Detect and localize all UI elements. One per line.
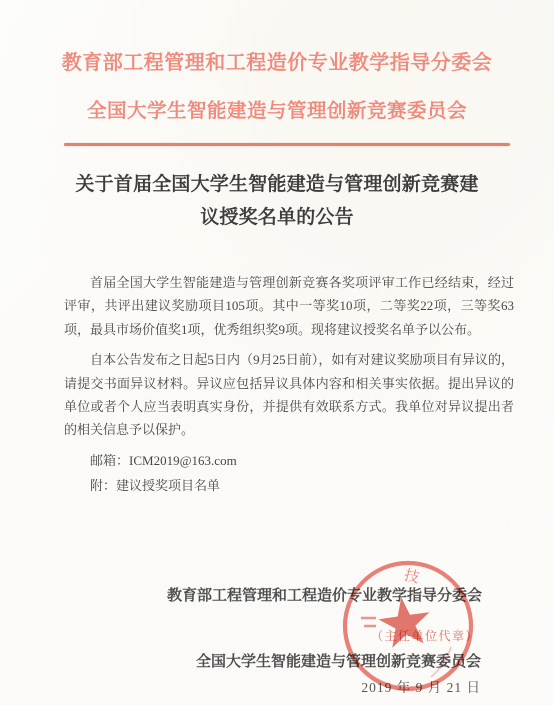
signature-org-line2: 全国大学生智能建造与管理创新竞赛委员会 <box>196 650 481 671</box>
letterhead-divider <box>64 143 510 146</box>
announcement-document: 教育部工程管理和工程造价专业教学指导分委会 全国大学生智能建造与管理创新竞赛委员… <box>0 0 554 705</box>
seal-note: （主任单位代章） <box>371 627 479 644</box>
signature-date: 2019 年 9 月 21 日 <box>361 676 481 696</box>
document-title: 关于首届全国大学生智能建造与管理创新竞赛建议授奖名单的公告 <box>72 168 482 234</box>
email-line: 邮箱：ICM2019@163.com <box>64 449 514 472</box>
body-paragraph-2: 自本公告发布之日起5日内（9月25日前），如有对建议奖励项目有异议的，请提交书面… <box>64 348 514 442</box>
document-body: 首届全国大学生智能建造与管理创新竞赛各奖项评审工作已经结束，经过评审，共评出建议… <box>64 271 514 498</box>
letterhead-org-line1: 教育部工程管理和工程造价专业教学指导分委会 <box>0 51 554 75</box>
attachment-line: 附：建议授奖项目名单 <box>64 474 514 497</box>
signature-org-line1: 教育部工程管理和工程造价专业教学指导分委会 <box>167 584 482 605</box>
body-paragraph-1: 首届全国大学生智能建造与管理创新竞赛各奖项评审工作已经结束，经过评审，共评出建议… <box>64 271 514 341</box>
email-address: ICM2019@163.com <box>129 453 237 468</box>
letterhead-org-line2: 全国大学生智能建造与管理创新竞赛委员会 <box>0 100 554 124</box>
email-label: 邮箱： <box>90 453 129 468</box>
